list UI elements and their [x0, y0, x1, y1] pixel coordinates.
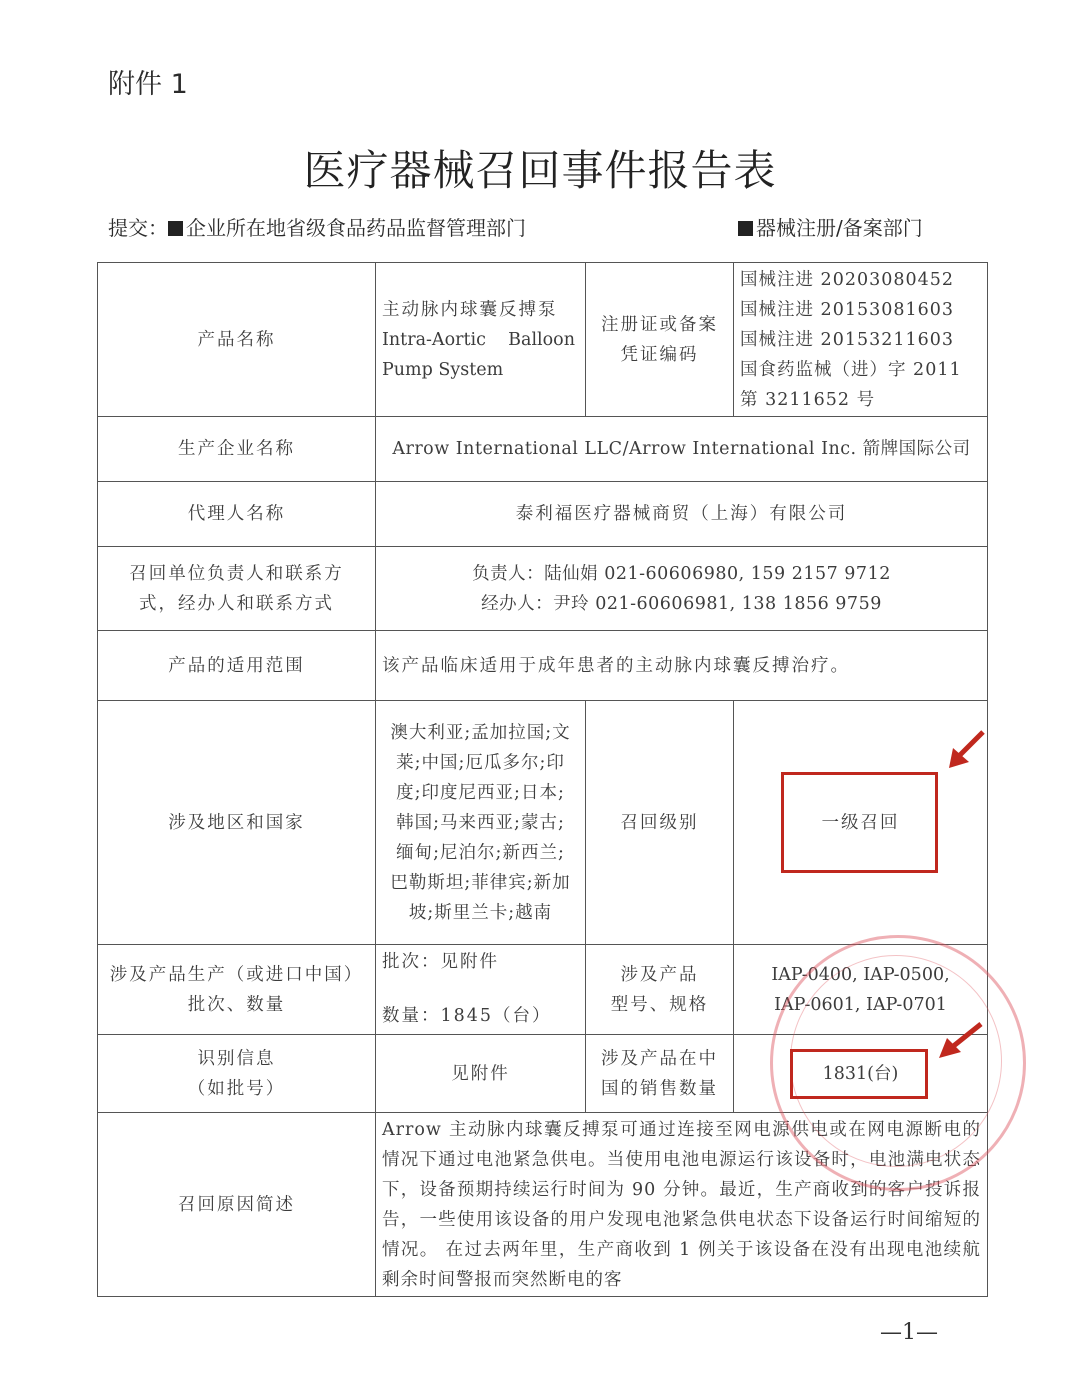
registration-label-line-2: 凭证编码	[592, 340, 727, 370]
submit-line: 提交：企业所在地省级食品药品监督管理部门	[108, 212, 526, 241]
submit-line-2: 器械注册/备案部门	[738, 212, 923, 241]
contact-value: 负责人：陆仙娟 021-60606980, 159 2157 9712 经办人：…	[376, 547, 988, 631]
model-value-line-2: IAP-0601, IAP-0701	[740, 990, 981, 1020]
table-row: 产品名称 主动脉内球囊反搏泵 Intra-Aortic Balloon Pump…	[98, 263, 988, 417]
region-value: 澳大利亚;孟加拉国;文莱;中国;厄瓜多尔;印度;印度尼西亚;日本;韩国;马来西亚…	[376, 701, 586, 945]
registration-numbers: 国械注进 20203080452 国械注进 20153081603 国械注进 2…	[734, 263, 988, 417]
batch-text: 批次：见附件	[382, 947, 579, 977]
contact-label-line-1: 召回单位负责人和联系方	[104, 559, 369, 589]
china-sales-highlight-box	[790, 1049, 928, 1099]
reg-number: 国械注进 20153211603	[740, 325, 981, 355]
recall-level-highlight-box	[781, 772, 938, 873]
batch-label-line-1: 涉及产品生产（或进口中国）	[104, 960, 369, 990]
registration-label-line-1: 注册证或备案	[592, 310, 727, 340]
model-label-line-1: 涉及产品	[592, 960, 727, 990]
product-name-en-1: Intra-Aortic Balloon	[382, 325, 579, 355]
agent-label: 代理人名称	[98, 482, 376, 547]
china-sales-label-line-1: 涉及产品在中	[592, 1044, 727, 1074]
reg-number: 国械注进 20203080452	[740, 265, 981, 295]
manufacturer-label: 生产企业名称	[98, 417, 376, 482]
batch-label-line-2: 批次、数量	[104, 990, 369, 1020]
reg-number: 国食药监械（进）字 2011	[740, 355, 981, 385]
model-label: 涉及产品 型号、规格	[586, 945, 734, 1035]
table-row: 产品的适用范围 该产品临床适用于成年患者的主动脉内球囊反搏治疗。	[98, 631, 988, 701]
id-value: 见附件	[376, 1035, 586, 1113]
china-sales-label: 涉及产品在中 国的销售数量	[586, 1035, 734, 1113]
submit-target-2: 器械注册/备案部门	[756, 216, 923, 240]
contact-label-line-2: 式，经办人和联系方式	[104, 589, 369, 619]
scope-label: 产品的适用范围	[98, 631, 376, 701]
contact-handler: 经办人：尹玲 021-60606981, 138 1856 9759	[382, 589, 981, 619]
annex-label: 附件 1	[108, 62, 188, 101]
table-row: 召回单位负责人和联系方 式，经办人和联系方式 负责人：陆仙娟 021-60606…	[98, 547, 988, 631]
id-label: 识别信息 （如批号）	[98, 1035, 376, 1113]
contact-label: 召回单位负责人和联系方 式，经办人和联系方式	[98, 547, 376, 631]
page-number: —1—	[880, 1320, 938, 1345]
table-row: 代理人名称 泰利福医疗器械商贸（上海）有限公司	[98, 482, 988, 547]
id-label-line-2: （如批号）	[104, 1074, 369, 1104]
checkbox-filled-icon	[738, 221, 753, 236]
submit-target-1: 企业所在地省级食品药品监督管理部门	[186, 216, 526, 240]
agent-value: 泰利福医疗器械商贸（上海）有限公司	[376, 482, 988, 547]
quantity-text: 数量：1845（台）	[382, 1001, 579, 1031]
scope-value: 该产品临床适用于成年患者的主动脉内球囊反搏治疗。	[376, 631, 988, 701]
product-name-label: 产品名称	[98, 263, 376, 417]
product-name-value: 主动脉内球囊反搏泵 Intra-Aortic Balloon Pump Syst…	[376, 263, 586, 417]
recall-level-label: 召回级别	[586, 701, 734, 945]
checkbox-filled-icon	[168, 221, 183, 236]
reason-value: Arrow 主动脉内球囊反搏泵可通过连接至网电源供电或在网电源断电的情况下通过电…	[376, 1113, 988, 1297]
table-row: 召回原因简述 Arrow 主动脉内球囊反搏泵可通过连接至网电源供电或在网电源断电…	[98, 1113, 988, 1297]
reg-number: 国械注进 20153081603	[740, 295, 981, 325]
region-label: 涉及地区和国家	[98, 701, 376, 945]
model-label-line-2: 型号、规格	[592, 990, 727, 1020]
submit-prefix: 提交：	[108, 216, 168, 240]
registration-label: 注册证或备案 凭证编码	[586, 263, 734, 417]
manufacturer-value: Arrow International LLC/Arrow Internatio…	[376, 417, 988, 482]
page-title: 医疗器械召回事件报告表	[0, 138, 1080, 198]
red-arrow-icon	[935, 1020, 985, 1060]
product-name-cn: 主动脉内球囊反搏泵	[382, 295, 579, 325]
reason-label: 召回原因简述	[98, 1113, 376, 1297]
product-name-en-2: Pump System	[382, 355, 579, 385]
china-sales-label-line-2: 国的销售数量	[592, 1074, 727, 1104]
batch-label: 涉及产品生产（或进口中国） 批次、数量	[98, 945, 376, 1035]
id-label-line-1: 识别信息	[104, 1044, 369, 1074]
table-row: 涉及产品生产（或进口中国） 批次、数量 批次：见附件 数量：1845（台） 涉及…	[98, 945, 988, 1035]
model-value-line-1: IAP-0400, IAP-0500,	[740, 960, 981, 990]
table-row: 生产企业名称 Arrow International LLC/Arrow Int…	[98, 417, 988, 482]
contact-responsible: 负责人：陆仙娟 021-60606980, 159 2157 9712	[382, 559, 981, 589]
red-arrow-icon	[945, 728, 987, 770]
reg-number: 第 3211652 号	[740, 385, 981, 415]
batch-value: 批次：见附件 数量：1845（台）	[376, 945, 586, 1035]
